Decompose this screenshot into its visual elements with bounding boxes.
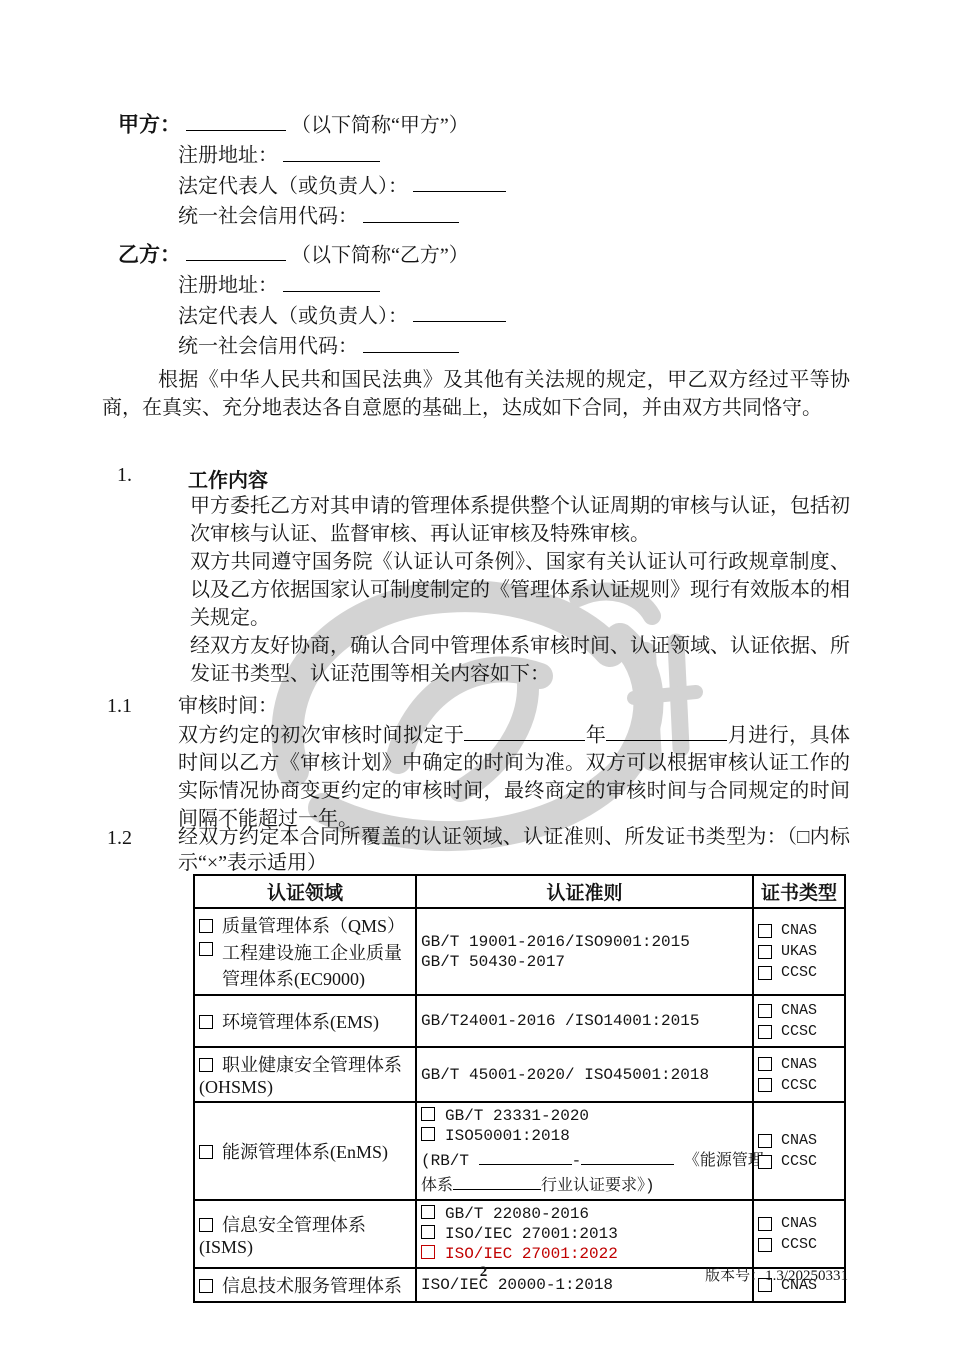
domain-cell: 环境管理体系(EMS) [194,995,416,1047]
field-label: 注册地址： [178,145,278,167]
checkbox[interactable] [758,945,772,959]
domain-label: 职业健康安全管理体系 [222,1055,402,1075]
domain-label: 质量管理体系（QMS） [222,916,405,936]
criteria-item: 体系行业认证要求》) [421,1172,748,1195]
table-row: 质量管理体系（QMS）工程建设施工企业质量管理体系(EC9000)GB/T 19… [194,908,845,995]
cert-type-label: CNAS [781,1056,817,1073]
domain-cell: 能源管理体系(EnMS) [194,1102,416,1200]
version-label: 版本号：1.3/20250331 [705,1264,848,1285]
clause-1-1-body: 审核时间： 双方约定的初次审核时间拟定于年月进行，具体时间以乙方《审核计划》中确… [178,692,850,833]
cert-item: UKAS [758,943,840,960]
criteria-item: GB/T 19001-2016/ISO9001:2015 [421,933,748,951]
cert-cell: CNASCCSC [753,995,845,1047]
checkbox[interactable] [199,1058,213,1072]
cert-table: 认证领域 认证准则 证书类型 质量管理体系（QMS）工程建设施工企业质量管理体系… [193,874,846,1303]
clause-1-2-number: 1.2 [107,824,132,852]
domain-item: 质量管理体系（QMS） [199,912,411,938]
form-line: 乙方： （以下简称“乙方”） [118,240,506,270]
criteria-item: (RB/T - 《能源管理 [421,1147,748,1170]
checkbox[interactable] [199,1015,213,1029]
criteria-label: GB/T 50430-2017 [421,953,565,971]
cert-type-label: UKAS [781,943,817,960]
checkbox[interactable] [758,1217,772,1231]
form-line: 统一社会信用代码： [178,201,506,231]
criteria-label: GB/T24001-2016 /ISO14001:2015 [421,1012,699,1030]
criteria-text: 行业认证要求》) [541,1177,655,1195]
cert-item: CCSC [758,964,840,981]
form-line: 统一社会信用代码： [178,331,506,361]
cert-cell: CNASCCSC [753,1047,845,1102]
section-title: 工作内容 [188,470,268,492]
party-a-alias: （以下简称“甲方”） [291,114,469,136]
cert-item: CNAS [758,922,840,939]
cert-type-label: CCSC [781,1236,817,1253]
domain-item: 信息安全管理体系(ISMS) [199,1211,411,1258]
party-a-label: 甲方： [118,112,181,136]
paragraph: 双方共同遵守国务院《认证认可条例》、国家有关认证认可行政规章制度、以及乙方依据国… [190,548,850,632]
criteria-label: GB/T 22080-2016 [445,1205,589,1223]
cert-item: CCSC [758,1077,840,1094]
blank-field[interactable] [413,171,506,192]
party-b-block: 乙方： （以下简称“乙方”） 注册地址： 法定代表人（或负责人）： 统一社会信用… [118,240,506,362]
form-line: 法定代表人（或负责人）： [178,301,506,331]
domain-item: 工程建设施工企业质量管理体系(EC9000) [199,939,411,991]
criteria-item: GB/T 50430-2017 [421,953,748,971]
cert-item: CCSC [758,1153,840,1170]
form-line: 注册地址： [178,140,506,170]
field-label: 法定代表人（或负责人）： [178,305,408,327]
criteria-label: ISO50001:2018 [445,1127,570,1145]
table-row: 能源管理体系(EnMS)GB/T 23331-2020ISO50001:2018… [194,1102,845,1200]
cert-type-label: CNAS [781,922,817,939]
criteria-cell: GB/T24001-2016 /ISO14001:2015 [416,995,753,1047]
blank-field[interactable] [186,110,286,131]
cert-item: CCSC [758,1236,840,1253]
table-row: 信息安全管理体系(ISMS)GB/T 22080-2016ISO/IEC 270… [194,1200,845,1268]
checkbox[interactable] [758,1004,772,1018]
checkbox[interactable] [758,1078,772,1092]
blank-field[interactable] [464,720,585,741]
cert-cell: CNASCCSC [753,1102,845,1200]
criteria-label: GB/T 45001-2020/ ISO45001:2018 [421,1066,709,1084]
party-b-alias: （以下简称“乙方”） [291,244,469,266]
criteria-text: (RB/T [421,1152,479,1170]
column-header-domain: 认证领域 [194,875,416,908]
cert-type-label: CNAS [781,1002,817,1019]
checkbox[interactable] [758,966,772,980]
domain-label: 能源管理体系(EnMS) [222,1142,388,1162]
cert-item: CCSC [758,1023,840,1040]
criteria-label: ISO/IEC 27001:2013 [445,1225,618,1243]
table-header-row: 认证领域 认证准则 证书类型 [194,875,845,908]
criteria-text: - [572,1152,582,1170]
checkbox[interactable] [199,919,213,933]
blank-field[interactable] [581,1148,674,1165]
checkbox[interactable] [199,1145,213,1159]
cert-cell: CNASCCSC [753,1200,845,1268]
criteria-cell: GB/T 45001-2020/ ISO45001:2018 [416,1047,753,1102]
domain-cell: 信息安全管理体系(ISMS) [194,1200,416,1268]
blank-field[interactable] [283,270,380,291]
paragraph: 经双方友好协商，确认合同中管理体系审核时间、认证领域、认证依据、所发证书类型、认… [190,632,850,688]
clause-1-1-text: 双方约定的初次审核时间拟定于年月进行，具体时间以乙方《审核计划》中确定的时间为准… [178,720,850,833]
criteria-label: GB/T 23331-2020 [445,1107,589,1125]
column-header-cert-type: 证书类型 [753,875,845,908]
table-row: 环境管理体系(EMS)GB/T24001-2016 /ISO14001:2015… [194,995,845,1047]
blank-field[interactable] [363,201,459,222]
domain-cell: 质量管理体系（QMS）工程建设施工企业质量管理体系(EC9000) [194,908,416,995]
party-b-label: 乙方： [118,242,181,266]
criteria-item: ISO/IEC 27001:2022 [421,1245,748,1263]
criteria-item: ISO/IEC 27001:2013 [421,1225,748,1243]
cert-item: CNAS [758,1215,840,1232]
checkbox[interactable] [758,1025,772,1039]
table-row: 职业健康安全管理体系(OHSMS)GB/T 45001-2020/ ISO450… [194,1047,845,1102]
field-label: 注册地址： [178,275,278,297]
checkbox[interactable] [199,1218,213,1232]
domain-label: 工程建设施工企业质量管理体系(EC9000) [222,939,411,991]
checkbox[interactable] [421,1205,435,1219]
clause-1-1-number: 1.1 [107,692,132,720]
cert-type-label: CNAS [781,1132,817,1149]
form-line: 注册地址： [178,270,506,300]
section-1-heading: 1. [117,464,132,487]
blank-field[interactable] [606,720,727,741]
criteria-item: GB/T 23331-2020 [421,1107,748,1125]
cert-type-label: CCSC [781,1077,817,1094]
criteria-cell: GB/T 19001-2016/ISO9001:2015GB/T 50430-2… [416,908,753,995]
field-label: 统一社会信用代码： [178,336,358,358]
column-header-criteria: 认证准则 [416,875,753,908]
domain-label: 环境管理体系(EMS) [222,1012,379,1032]
clause-1-2-text: 经双方约定本合同所覆盖的认证领域、认证准则、所发证书类型为：（□内标示“×”表示… [178,824,850,876]
blank-field[interactable] [186,240,286,261]
cert-type-label: CCSC [781,1153,817,1170]
checkbox[interactable] [758,1057,772,1071]
checkbox[interactable] [758,1134,772,1148]
cert-item: CNAS [758,1002,840,1019]
domain-label: 信息安全管理体系 [222,1215,366,1235]
field-label: 统一社会信用代码： [178,206,358,228]
criteria-text: 体系 [421,1177,453,1195]
domain-cell: 职业健康安全管理体系(OHSMS) [194,1047,416,1102]
criteria-cell: GB/T 23331-2020ISO50001:2018(RB/T - 《能源管… [416,1102,753,1200]
cert-item: CNAS [758,1132,840,1149]
cert-type-label: CNAS [781,1215,817,1232]
checkbox[interactable] [758,924,772,938]
form-line: 甲方： （以下简称“甲方”） [118,110,506,140]
domain-item: 环境管理体系(EMS) [199,1008,411,1034]
blank-field[interactable] [453,1173,541,1190]
checkbox[interactable] [758,1238,772,1252]
criteria-cell: GB/T 22080-2016ISO/IEC 27001:2013ISO/IEC… [416,1200,753,1268]
checkbox[interactable] [199,1279,213,1293]
criteria-label: GB/T 19001-2016/ISO9001:2015 [421,933,690,951]
checkbox[interactable] [421,1107,435,1121]
blank-field[interactable] [363,331,459,352]
form-line: 法定代表人（或负责人）： [178,171,506,201]
domain-item: 职业健康安全管理体系(OHSMS) [199,1051,411,1098]
field-label: 法定代表人（或负责人）： [178,175,408,197]
domain-label: (OHSMS) [199,1077,411,1098]
checkbox[interactable] [758,1155,772,1169]
section-1-body: 甲方委托乙方对其申请的管理体系提供整个认证周期的审核与认证，包括初次审核与认证、… [190,492,850,688]
checkbox[interactable] [421,1245,435,1259]
checkbox[interactable] [199,942,213,956]
blank-field[interactable] [283,140,380,161]
criteria-item: GB/T24001-2016 /ISO14001:2015 [421,1012,748,1030]
criteria-item: GB/T 22080-2016 [421,1205,748,1223]
domain-label: (ISMS) [199,1237,411,1258]
checkbox[interactable] [421,1225,435,1239]
preamble-paragraph: 根据《中华人民共和国民法典》及其他有关法规的规定，甲乙双方经过平等协商，在真实、… [102,366,850,422]
criteria-label: ISO/IEC 27001:2022 [445,1245,618,1263]
cert-cell: CNASUKASCCSC [753,908,845,995]
blank-field[interactable] [479,1148,572,1165]
section-number: 1. [117,464,132,486]
clause-1-1-title: 审核时间： [178,692,850,720]
criteria-item: ISO50001:2018 [421,1127,748,1145]
paragraph: 甲方委托乙方对其申请的管理体系提供整个认证周期的审核与认证，包括初次审核与认证、… [190,492,850,548]
cert-item: CNAS [758,1056,840,1073]
criteria-item: GB/T 45001-2020/ ISO45001:2018 [421,1066,748,1084]
cert-type-label: CCSC [781,964,817,981]
criteria-text: 《能源管理 [674,1152,764,1170]
blank-field[interactable] [413,301,506,322]
domain-item: 能源管理体系(EnMS) [199,1138,411,1164]
checkbox[interactable] [421,1127,435,1141]
party-a-block: 甲方： （以下简称“甲方”） 注册地址： 法定代表人（或负责人）： 统一社会信用… [118,110,506,232]
cert-type-label: CCSC [781,1023,817,1040]
